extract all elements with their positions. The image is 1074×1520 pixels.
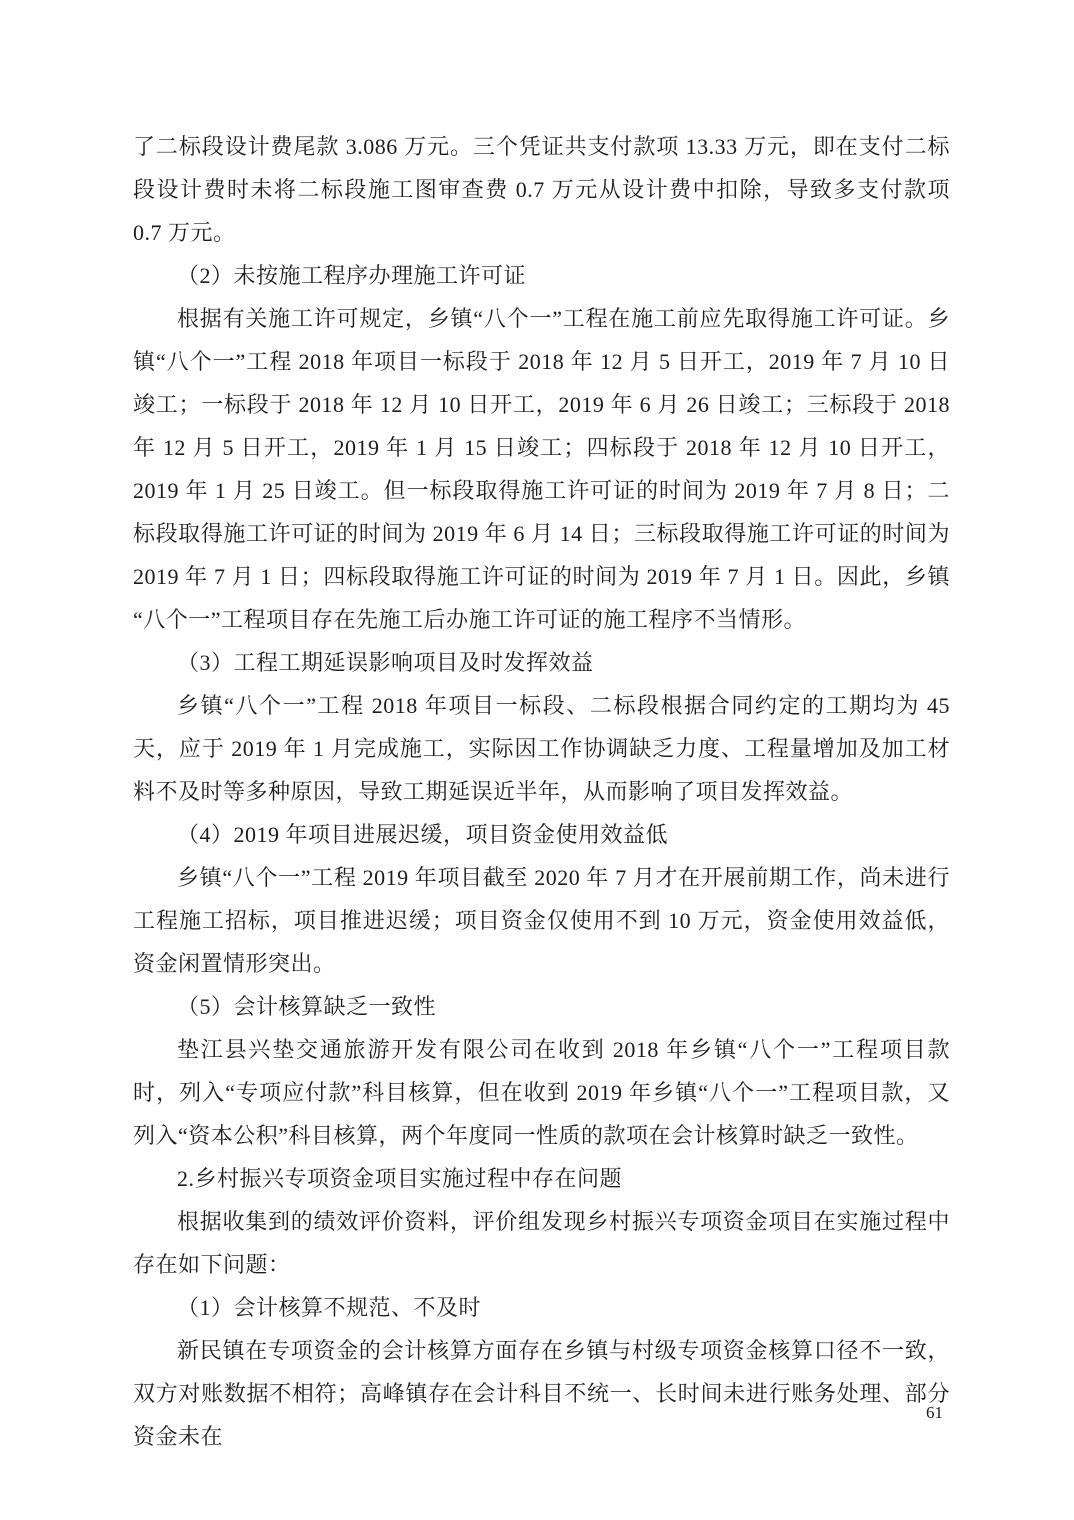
heading-item5-accounting-consistency: （5）会计核算缺乏一致性: [133, 985, 950, 1028]
para-2019-progress-details: 乡镇“八个一”工程 2019 年项目截至 2020 年 7 月才在开展前期工作，…: [133, 856, 950, 985]
heading-item2-construction-permit: （2）未按施工程序办理施工许可证: [133, 254, 950, 297]
para-delay-details: 乡镇“八个一”工程 2018 年项目一标段、二标段根据合同约定的工期均为 45 …: [133, 684, 950, 813]
para-accounting-consistency-details: 垫江县兴垫交通旅游开发有限公司在收到 2018 年乡镇“八个一”工程项目款时，列…: [133, 1028, 950, 1157]
document-body: 了二标段设计费尾款 3.086 万元。三个凭证共支付款项 13.33 万元，即在…: [133, 125, 950, 1458]
page-number: 61: [926, 1400, 943, 1426]
para-township-accounting-issues: 新民镇在专项资金的会计核算方面存在乡镇与村级专项资金核算口径不一致，双方对账数据…: [133, 1329, 950, 1458]
para-evaluation-intro: 根据收集到的绩效评价资料，评价组发现乡村振兴专项资金项目在实施过程中存在如下问题…: [133, 1200, 950, 1286]
heading-rural-revitalization-issues: 2.乡村振兴专项资金项目实施过程中存在问题: [133, 1157, 950, 1200]
para-permit-details: 根据有关施工许可规定，乡镇“八个一”工程在施工前应先取得施工许可证。乡镇“八个一…: [133, 297, 950, 641]
heading-item1-accounting-irregular: （1）会计核算不规范、不及时: [133, 1286, 950, 1329]
para-design-fee-continuation: 了二标段设计费尾款 3.086 万元。三个凭证共支付款项 13.33 万元，即在…: [133, 125, 950, 254]
heading-item4-2019-progress: （4）2019 年项目进展迟缓，项目资金使用效益低: [133, 813, 950, 856]
heading-item3-schedule-delay: （3）工程工期延误影响项目及时发挥效益: [133, 641, 950, 684]
document-page: 了二标段设计费尾款 3.086 万元。三个凭证共支付款项 13.33 万元，即在…: [0, 0, 1074, 1520]
